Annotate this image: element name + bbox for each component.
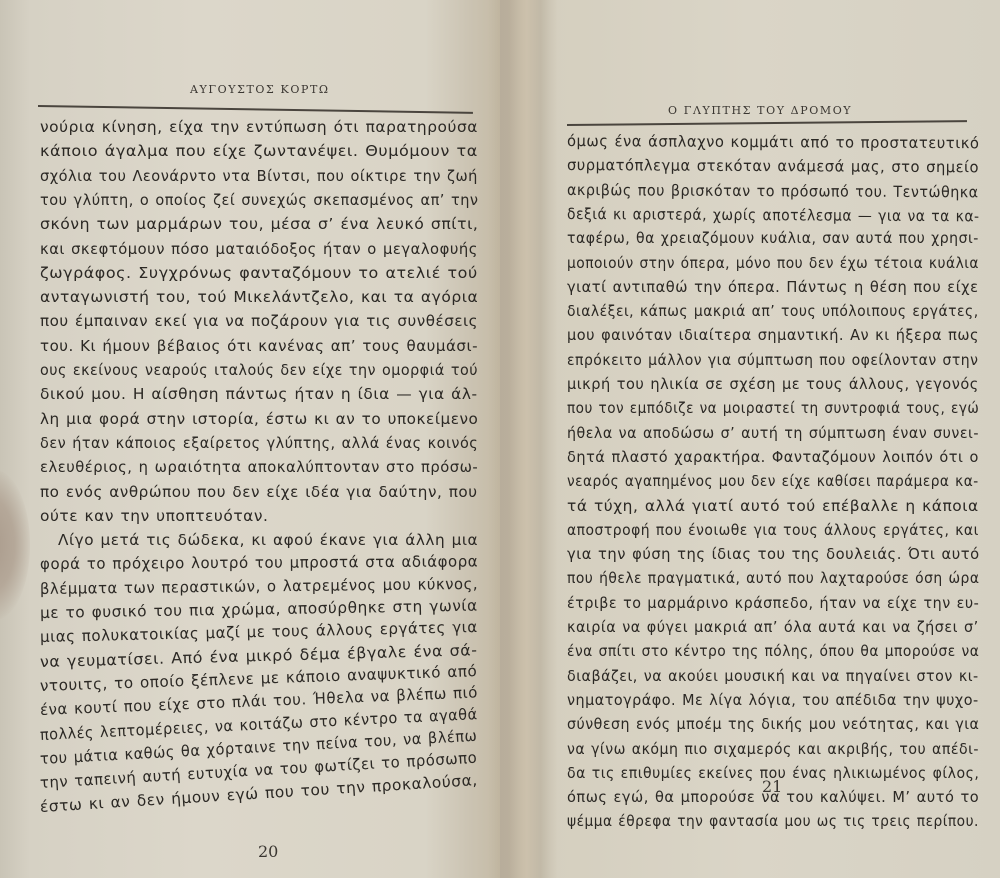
- text-line: μου φαινόταν ιδιαίτερα σημαντική. Αν κι …: [567, 326, 979, 344]
- text-line: του γλύπτη, ο οποίος ζεί συνεχώς σκεπασμ…: [40, 191, 478, 209]
- right-page-number: 21: [762, 777, 782, 796]
- text-line: ανταγωνιστή του, τού Μικελάντζελο, και τ…: [40, 288, 478, 306]
- text-line: σκόνη των μαρμάρων του, μέσα σ’ ένα λευκ…: [40, 215, 478, 233]
- text-line: δικού μου. Η αίσθηση πάντως ήταν η ίδια …: [40, 385, 478, 403]
- text-line: για την φύση της ίδιας του της δουλειάς.…: [567, 545, 980, 563]
- book-gutter: [488, 0, 558, 878]
- left-running-head: ΑΥΓΟΥΣΤΟΣ ΚΟΡΤΩ: [190, 83, 330, 96]
- text-line: που τον εμπόδιζε να μοιραστεί τη συντροφ…: [567, 399, 979, 417]
- thumb-shadow: [0, 470, 30, 620]
- right-running-head: Ο ΓΛΥΠΤΗΣ ΤΟΥ ΔΡΟΜΟΥ: [668, 104, 852, 117]
- text-line: του. Κι ήμουν βέβαιος ότι κανένας απ’ το…: [40, 337, 478, 355]
- text-line: αποστροφή που ένοιωθε για τους άλλους ερ…: [567, 521, 979, 539]
- left-page: ΑΥΓΟΥΣΤΟΣ ΚΟΡΤΩ νούρια κίνηση, είχα την …: [0, 0, 500, 878]
- text-line: δεξιά κι αριστερά, χωρίς αποτέλεσμα — γι…: [567, 205, 980, 225]
- text-line: να γίνω ακόμη πιο σιχαμερός και ακριβής,…: [567, 740, 979, 758]
- text-line: δεν ήταν κάποιος εξαίρετος γλύπτης, αλλά…: [40, 434, 478, 452]
- right-page: Ο ΓΛΥΠΤΗΣ ΤΟΥ ΔΡΟΜΟΥ όμως ένα άσπλαχνο κ…: [500, 0, 1000, 878]
- text-line: καιρία να φύγει μακριά απ’ όλα αυτά και …: [567, 618, 979, 636]
- text-line: συρματόπλεγμα στεκόταν ανάμεσά μας, στο …: [567, 156, 979, 176]
- text-line: τά τύχη, αλλά γιατί αυτό τού επέβαλλε η …: [567, 497, 979, 515]
- text-line: κάποιο άγαλμα που είχε ζωντανέψει. Θυμόμ…: [40, 142, 478, 160]
- text-line: βλέμματα των περαστικών, ο λατρεμένος μο…: [40, 575, 478, 598]
- text-line: σύνθεση ενός μποέμ της δικής μου νεότητα…: [567, 715, 979, 733]
- text-line: μικρή του ηλικία σε σχέση με τους άλλους…: [567, 375, 979, 393]
- text-line: και σκεφτόμουν πόσο ματαιόδοξος ήταν ο μ…: [40, 240, 478, 258]
- text-line: διαβάζει, να ακούει μουσική και να πηγαί…: [567, 667, 979, 685]
- text-line: ακριβώς που βρισκόταν το πρόσωπό του. Τε…: [567, 181, 979, 201]
- text-line: έτριβε το μαρμάρινο κράσπεδο, ήταν να εί…: [567, 594, 979, 612]
- text-line: λη μια φορά στην ιστορία, έστω κι αν το …: [40, 410, 478, 428]
- text-line: ήθελα να αποδώσω σ’ αυτή τη σύμπτωση ένα…: [567, 424, 979, 442]
- left-page-number: 20: [258, 842, 278, 861]
- text-line: Λίγο μετά τις δώδεκα, κι αφού έκανε για …: [58, 531, 478, 549]
- left-header-rule: [38, 105, 473, 113]
- text-line: νηματογράφο. Με λίγα λόγια, του απέδιδα …: [567, 691, 979, 709]
- text-line: μοποιούν στην όπερα, μόνο που δεν έχω τέ…: [567, 254, 979, 272]
- text-line: ζωγράφος. Συγχρόνως φανταζόμουν το ατελι…: [40, 264, 478, 282]
- right-header-rule: [567, 120, 967, 125]
- text-line: ους εκείνους νεαρούς ιταλούς δεν είχε τη…: [40, 361, 478, 379]
- text-line: σχόλια του Λεονάρντο ντα Βίντσι, που οίκ…: [40, 167, 478, 185]
- text-line: νούρια κίνηση, είχα την εντύπωση ότι παρ…: [40, 118, 478, 136]
- text-line: φορά το πρόχειρο λουτρό του μπροστά στα …: [40, 553, 478, 574]
- text-line: δητά πλαστό χαρακτήρα. Φανταζόμουν λοιπό…: [567, 448, 979, 466]
- text-line: νεαρός αγαπημένος μου δεν είχε καθίσει π…: [567, 472, 979, 490]
- text-line: ταφέρω, θα χρειαζόμουν κυάλια, σαν αυτά …: [567, 229, 979, 247]
- text-line: πο ενός ανθρώπου που δεν είχε ιδέα για δ…: [40, 483, 478, 501]
- text-line: που ήθελε πραγματικά, αυτό που λαχταρούσ…: [567, 569, 979, 587]
- text-line: διαλέξει, κάπως μακριά απ’ τους υπόλοιπο…: [567, 302, 979, 320]
- text-line: ψέμμα έθρεφα την φαντασία μου ως τις τρε…: [567, 812, 979, 830]
- text-line: ούτε καν την υποπτευόταν.: [40, 507, 268, 525]
- text-line: με το φυσικό του πια χρώμα, αποσύρθηκε σ…: [40, 597, 478, 622]
- text-line: ελευθέριος, η ωραιότητα αποκαλύπτονταν σ…: [40, 458, 478, 476]
- text-line: ένα σπίτι στο κέντρο της πόλης, όπου θα …: [567, 642, 979, 660]
- text-line: επρόκειτο μάλλον για σύμπτωση που οφείλο…: [567, 351, 978, 369]
- open-book-spread: ΑΥΓΟΥΣΤΟΣ ΚΟΡΤΩ νούρια κίνηση, είχα την …: [0, 0, 1000, 878]
- text-line: γιατί αντιπαθώ την όπερα. Πάντως η θέση …: [567, 278, 979, 296]
- text-line: όμως ένα άσπλαχνο κομμάτι από το προστατ…: [567, 132, 980, 152]
- text-line: που έμπαιναν εκεί για να ποζάρουν για τι…: [40, 312, 478, 330]
